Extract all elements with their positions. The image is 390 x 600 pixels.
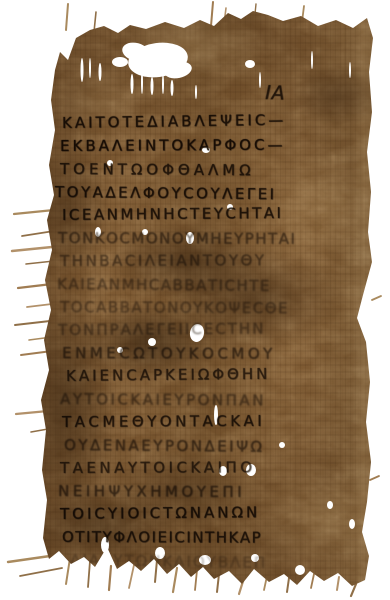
manuscript-line-8: ΚΑΙΕΑΝΜΗCΑΒΒΑΤΙCΗΤΕ: [57, 275, 271, 295]
manuscript-line-14: ΤΑCΜΕΘΥΟΝΤΑCΚΑΙ: [62, 412, 265, 431]
manuscript-line-18: ΤΟΙCΥΙΟΙCΤΩΝΑΝΩΝ: [60, 503, 260, 523]
manuscript-line-2: ΕΚΒΑΛΕΙΝΤΟΚΑΡΦΟC—: [60, 136, 286, 155]
manuscript-line-6: ΤΟΝΚΟCΜΟΝΟΥΜΗΕΥΡΗΤΑΙ: [58, 229, 296, 248]
manuscript-line-5: ΙCΕΑΝΜΗΝΗCΤΕΥCΗΤΑΙ: [62, 204, 284, 224]
manuscript-line-11: ΕΝΜΕCΩΤΟΥΚΟCΜΟΥ: [62, 344, 276, 363]
manuscript-line-16: ΤΑΕΝΑΥΤΟΙCΚΑΙΠΟ: [60, 458, 256, 477]
manuscript-line-17: ΝΕΙΗΨΥΧΗΜΟΥΕΠΙ: [58, 482, 245, 501]
manuscript-line-13: ΑΥΤΟΙCΚΑΙΕΥΡΟΝΠΑΝ: [60, 390, 266, 409]
manuscript-line-19: ΟΤΙΤΥΦΛΟΙΕΙCΙΝΤΗΚΑΡ: [62, 528, 262, 547]
manuscript-line-9: ΤΟCΑΒΒΑΤΟΝΟΥΚΟΨΕCΘΕ: [60, 298, 289, 317]
manuscript-line-12: ΚΑΙΕΝCΑΡΚΕΙΩΦΘΗΝ: [66, 365, 271, 385]
manuscript-line-10: ΤΟΝΠΡΑΛΕΓΕΙΙCΕCΤΗΝ: [58, 320, 265, 339]
page-number: ΙΑ: [263, 84, 287, 103]
manuscript-line-3: ΤΟΕΝΤΩΟΦΘΑΛΜΩ: [60, 160, 255, 179]
papyrus-fragment: ΙΑ ΚΑΙΤΟΤΕΔΙΑΒΛΕΨΕΙC— ΕΚΒΑΛΕΙΝΤΟΚΑΡΦΟC— …: [0, 0, 390, 600]
manuscript-line-7: ΤΗΝΒΑCΙΛΕΙΑΝΤΟΥΘΥ: [60, 251, 266, 270]
manuscript-line-4: ΤΟΥΑΔΕΛΦΟΥCΟΥΛΕΓΕΙ: [55, 183, 277, 203]
papyrus-photo: ΙΑ ΚΑΙΤΟΤΕΔΙΑΒΛΕΨΕΙC— ΕΚΒΑΛΕΙΝΤΟΚΑΡΦΟC— …: [0, 0, 390, 600]
manuscript-line-1: ΚΑΙΤΟΤΕΔΙΑΒΛΕΨΕΙC—: [62, 111, 287, 132]
manuscript-line-15: ΟΥΔΕΝΑΕΥΡΟΝΔΕΙΨΩ: [64, 436, 264, 456]
